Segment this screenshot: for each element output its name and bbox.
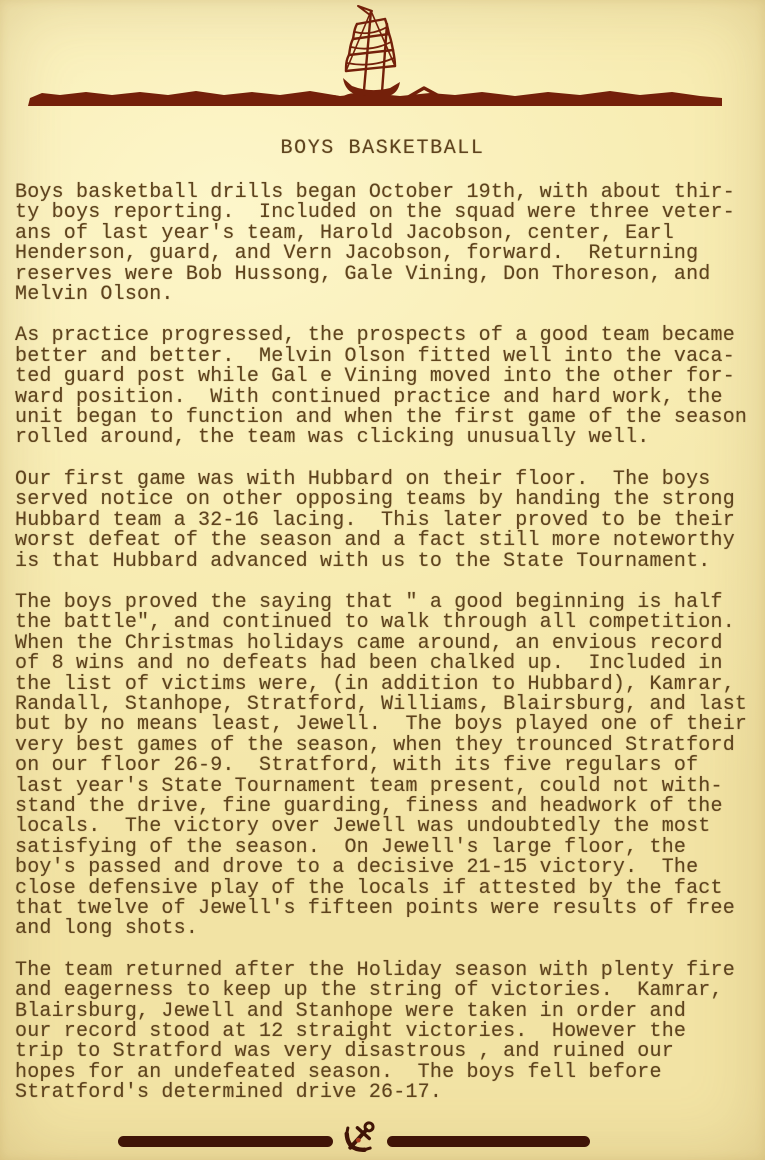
top-decoration <box>0 0 765 112</box>
paragraph: The boys proved the saying that " a good… <box>15 593 759 940</box>
paragraph: As practice progressed, the prospects of… <box>15 326 759 448</box>
paragraph: The team returned after the Holiday seas… <box>15 961 759 1104</box>
anchor-icon <box>339 1114 383 1158</box>
paragraph: Our first game was with Hubbard on their… <box>15 470 759 572</box>
paragraph: Boys basketball drills began October 19t… <box>15 183 759 305</box>
document-body: Boys basketball drills began October 19t… <box>15 183 759 1125</box>
page-title: BOYS BASKETBALL <box>0 137 765 160</box>
scanned-yearbook-page: BOYS BASKETBALL Boys basketball drills b… <box>0 0 765 1160</box>
bottom-decoration <box>0 1098 765 1160</box>
ship-icon <box>343 6 400 96</box>
